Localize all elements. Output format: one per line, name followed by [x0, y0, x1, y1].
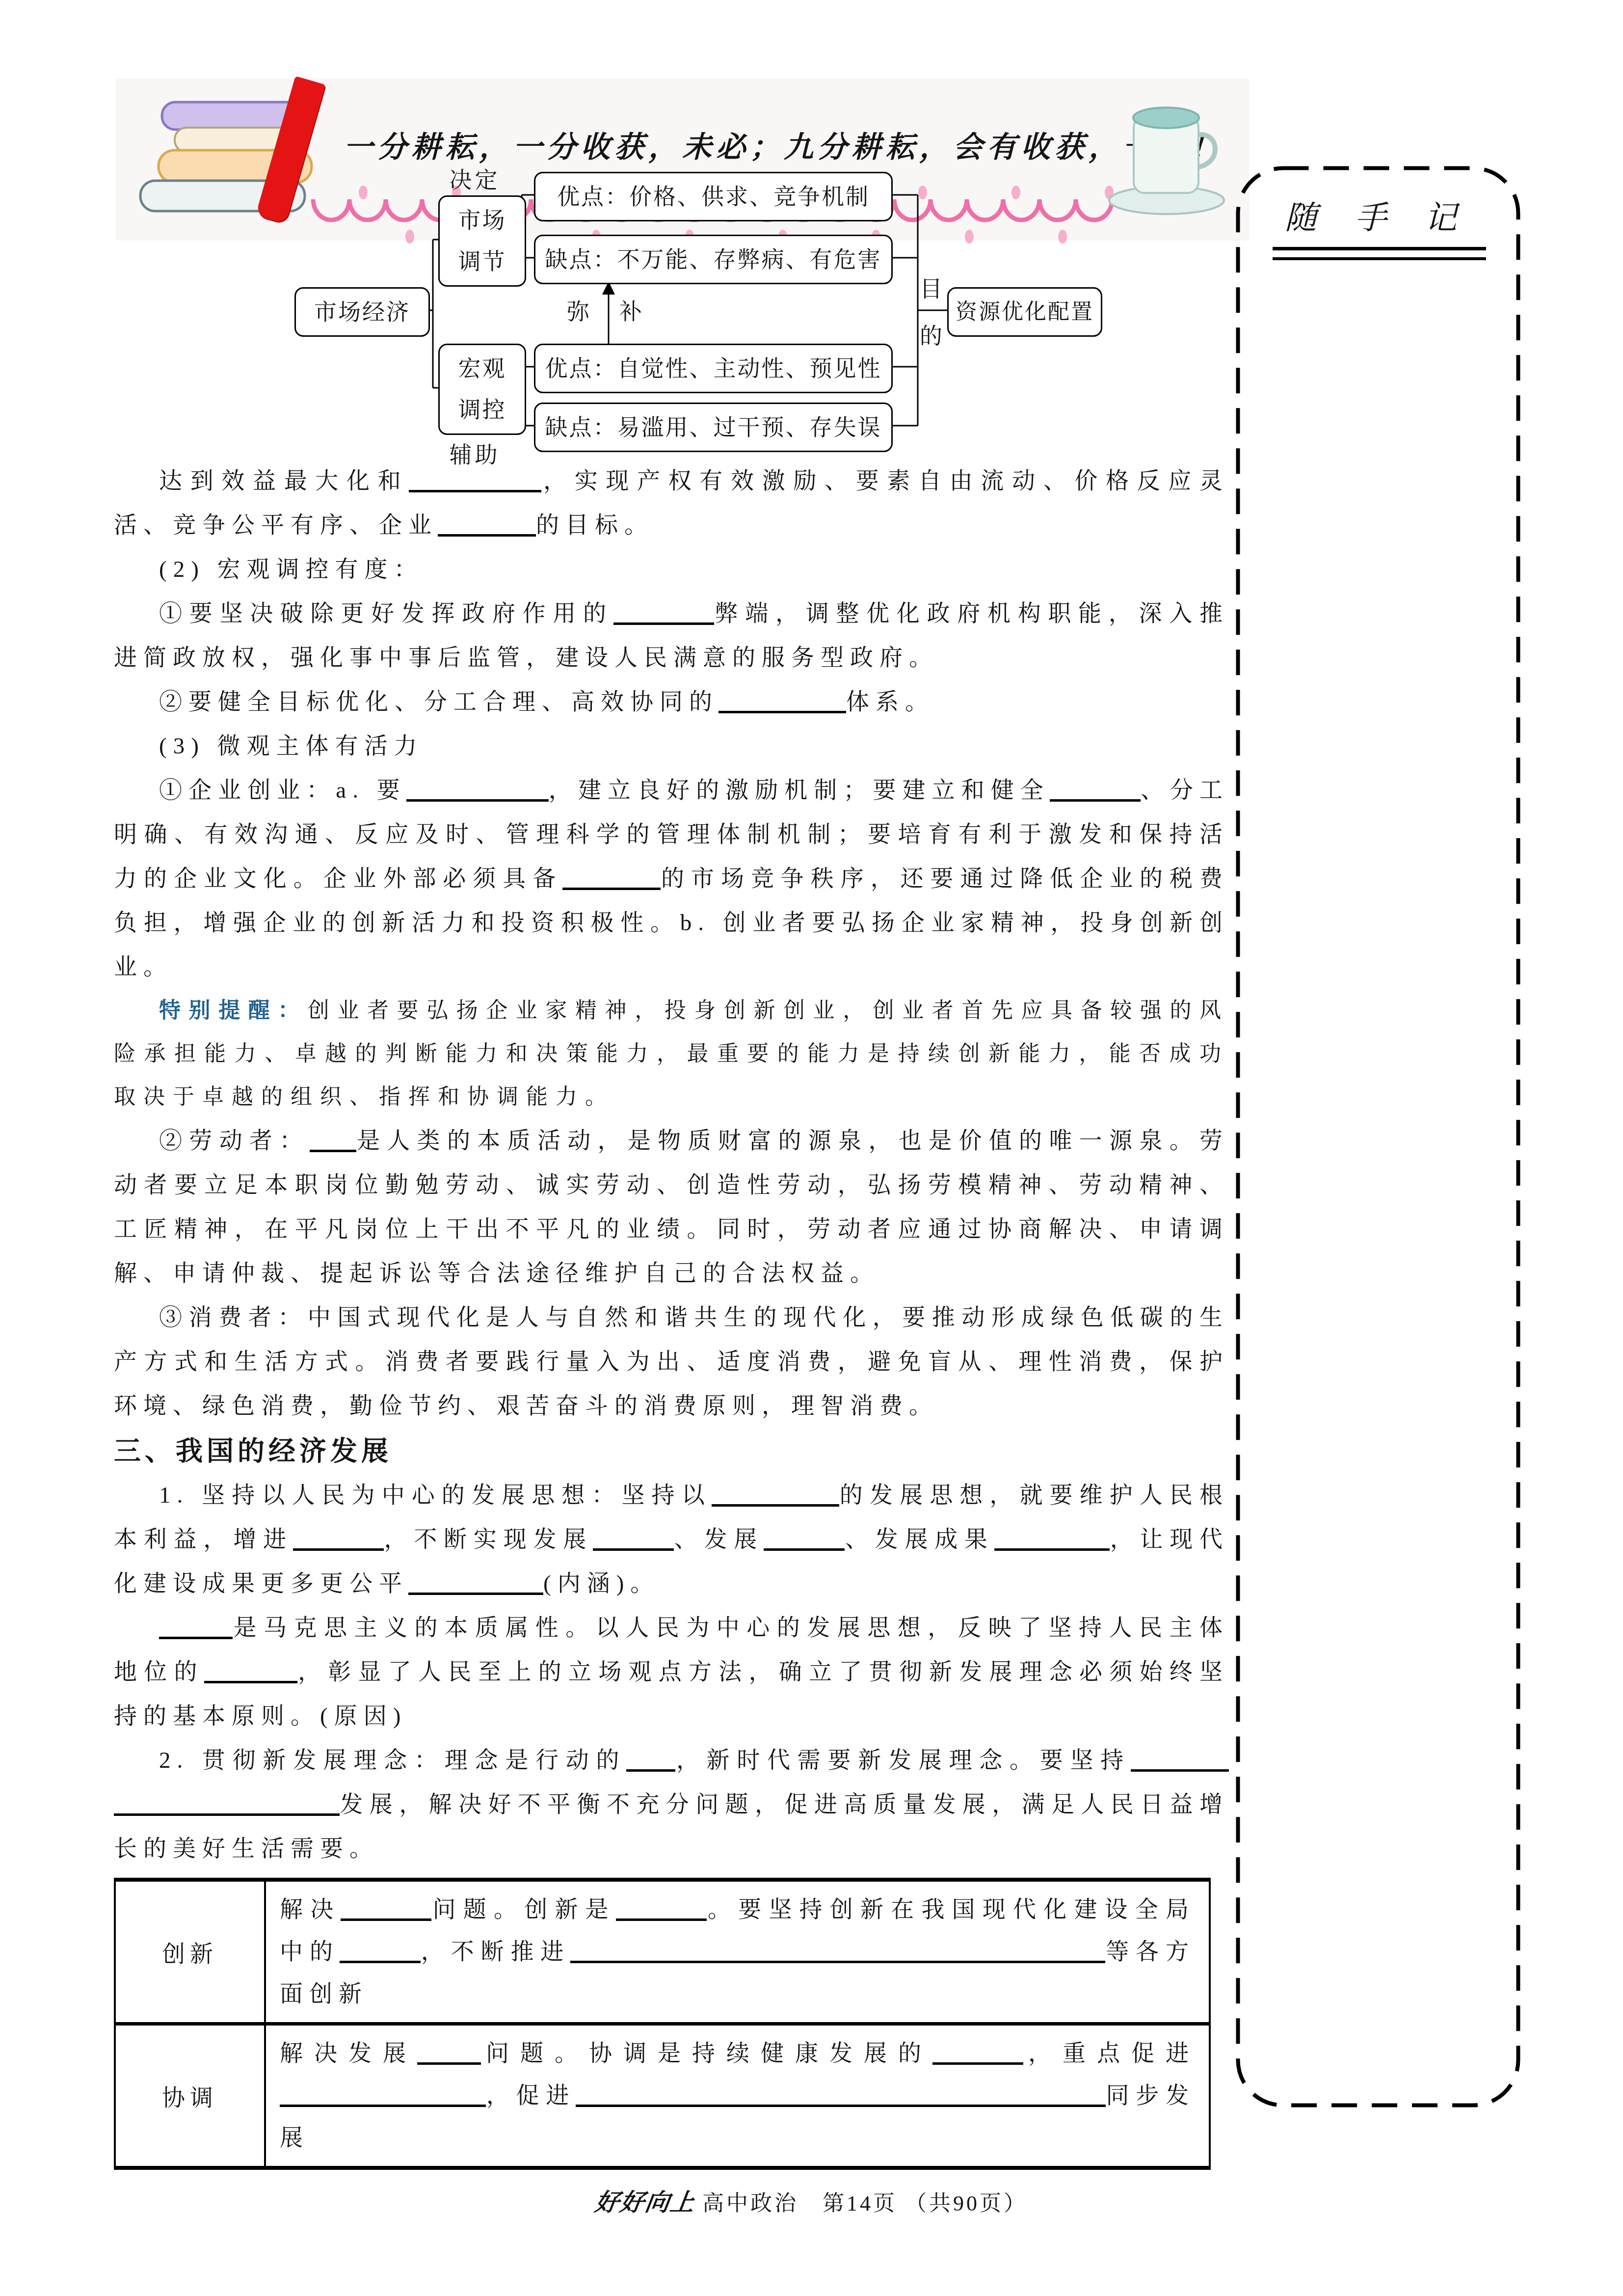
paragraph: ③消费者：中国式现代化是人与自然和谐共生的现代化，要推动形成绿色低碳的生产方式和… — [114, 1296, 1229, 1428]
diagram-label-purpose-bottom: 的 — [920, 318, 942, 351]
diagram-node-macro-control: 宏观调控 — [438, 344, 526, 435]
section-heading: 三、我国的经济发展 — [114, 1428, 1229, 1473]
fill-in-blank — [718, 687, 846, 713]
paragraph: 达到效益最大化和，实现产权有效激励、要素自由流动、价格反应灵活、竞争公平有序、企… — [114, 459, 1229, 547]
fill-in-blank — [341, 1895, 431, 1921]
special-note: 特别提醒：创业者要弘扬企业家精神，投身创新创业，创业者首先应具备较强的风险承担能… — [114, 989, 1229, 1119]
new-development-concept-table: 创新解决问题。创新是。要坚持创新在我国现代化建设全局中的，不断推进等各方面创新协… — [114, 1878, 1211, 2170]
fill-in-blank — [310, 1126, 356, 1152]
fill-in-blank — [593, 1525, 674, 1551]
fill-in-blank — [293, 1525, 384, 1551]
content-column: 达到效益最大化和，实现产权有效激励、要素自由流动、价格反应灵活、竞争公平有序、企… — [114, 459, 1229, 2170]
fill-in-blank — [576, 2081, 1106, 2107]
fill-in-blank — [340, 1937, 421, 1963]
diagram-node-market-disadvantages: 缺点：不万能、存弊病、有危害 — [534, 235, 893, 284]
paragraph: (3) 微观主体有活力 — [114, 724, 1229, 768]
fill-in-blank — [626, 1746, 675, 1772]
paragraph: 2. 贯彻新发展理念：理念是行动的，新时代需要新发展理念。要坚持发展，解决好不平… — [114, 1738, 1229, 1871]
fill-in-blank — [712, 1481, 839, 1507]
table-row-header: 协调 — [115, 2024, 265, 2168]
header-motto: 一分耕耘，一分收获，未必；九分耕耘，会有收获，一定！ — [344, 124, 1109, 166]
diagram-node-macro-advantages: 优点：自觉性、主动性、预见性 — [534, 344, 893, 393]
fill-in-blank — [406, 776, 549, 802]
table-row-content: 解决发展问题。协调是持续健康发展的，重点促进，促进同步发展 — [265, 2024, 1210, 2168]
fill-in-blank — [409, 466, 541, 492]
paragraph: (2) 宏观调控有度： — [114, 547, 1229, 592]
notes-sidebar: 随 手 记 — [1236, 166, 1520, 2107]
fill-in-blank — [280, 2081, 486, 2107]
teacup-icon — [1107, 88, 1229, 218]
table-row-header: 创新 — [115, 1880, 265, 2024]
worksheet-page: 一分耕耘，一分收获，未必；九分耕耘，会有收获，一定！ 决定 市场经济 市场调节 … — [0, 0, 1623, 2296]
paragraph: ②劳动者：是人类的本质活动，是物质财富的源泉，也是价值的唯一源泉。劳动者要立足本… — [114, 1119, 1229, 1296]
paragraph: ②要健全目标优化、分工合理、高效协同的体系。 — [114, 680, 1229, 724]
fill-in-blank — [616, 1895, 707, 1921]
table-row: 创新解决问题。创新是。要坚持创新在我国现代化建设全局中的，不断推进等各方面创新 — [115, 1880, 1210, 2024]
footer-brand: 好好向上 — [593, 2184, 698, 2218]
fill-in-blank — [114, 1790, 340, 1816]
paragraph-blocks: 达到效益最大化和，实现产权有效激励、要素自由流动、价格反应灵活、竞争公平有序、企… — [114, 459, 1229, 1871]
fill-in-blank — [159, 1613, 233, 1639]
diagram-label-decide: 决定 — [439, 162, 510, 194]
footer-page-info: 高中政治 第14页 （共90页） — [702, 2191, 1028, 2215]
fill-in-blank — [613, 599, 714, 625]
diagram-node-market-advantages: 优点：价格、供求、竞争机制 — [534, 172, 893, 221]
paragraph: 是马克思主义的本质属性。以人民为中心的发展思想，反映了坚持人民主体地位的，彰显了… — [114, 1606, 1229, 1738]
fill-in-blank — [204, 1657, 297, 1683]
fill-in-blank — [764, 1525, 845, 1551]
page-footer: 好好向上高中政治 第14页 （共90页） — [0, 2184, 1623, 2218]
sidebar-title: 随 手 记 — [1236, 191, 1520, 238]
fill-in-blank — [932, 2039, 1023, 2065]
fill-in-blank — [994, 1525, 1110, 1551]
diagram-label-mend-left: 弥 — [567, 294, 589, 326]
diagram-node-resource-allocation: 资源优化配置 — [947, 287, 1102, 337]
fill-in-blank — [408, 1569, 543, 1595]
sidebar-double-rule — [1273, 247, 1486, 260]
fill-in-blank — [438, 511, 536, 537]
diagram-node-macro-disadvantages: 缺点：易滥用、过干预、存失误 — [534, 403, 893, 452]
fill-in-blank — [1131, 1746, 1229, 1772]
fill-in-blank — [570, 1937, 1105, 1963]
table-row-content: 解决问题。创新是。要坚持创新在我国现代化建设全局中的，不断推进等各方面创新 — [265, 1880, 1210, 2024]
paragraph: 1. 坚持以人民为中心的发展思想：坚持以的发展思想，就要维护人民根本利益，增进，… — [114, 1473, 1229, 1606]
sidebar-dashed-border — [1236, 166, 1520, 2107]
special-note-label: 特别提醒： — [159, 999, 308, 1023]
diagram-label-purpose-top: 目 — [920, 271, 942, 303]
fill-in-blank — [1050, 776, 1141, 802]
paragraph: ①企业创业：a. 要，建立良好的激励机制；要建立和健全、分工明确、有效沟通、反应… — [114, 768, 1229, 989]
diagram-node-market-economy: 市场经济 — [294, 287, 430, 337]
table-row: 协调解决发展问题。协调是持续健康发展的，重点促进，促进同步发展 — [115, 2024, 1210, 2168]
paragraph: ①要坚决破除更好发挥政府作用的弊端，调整优化政府机构职能，深入推进简政放权，强化… — [114, 592, 1229, 680]
fill-in-blank — [417, 2039, 481, 2065]
fill-in-blank — [562, 864, 661, 890]
diagram-node-market-regulation: 市场调节 — [438, 195, 526, 287]
diagram-label-mend-right: 补 — [619, 294, 642, 326]
